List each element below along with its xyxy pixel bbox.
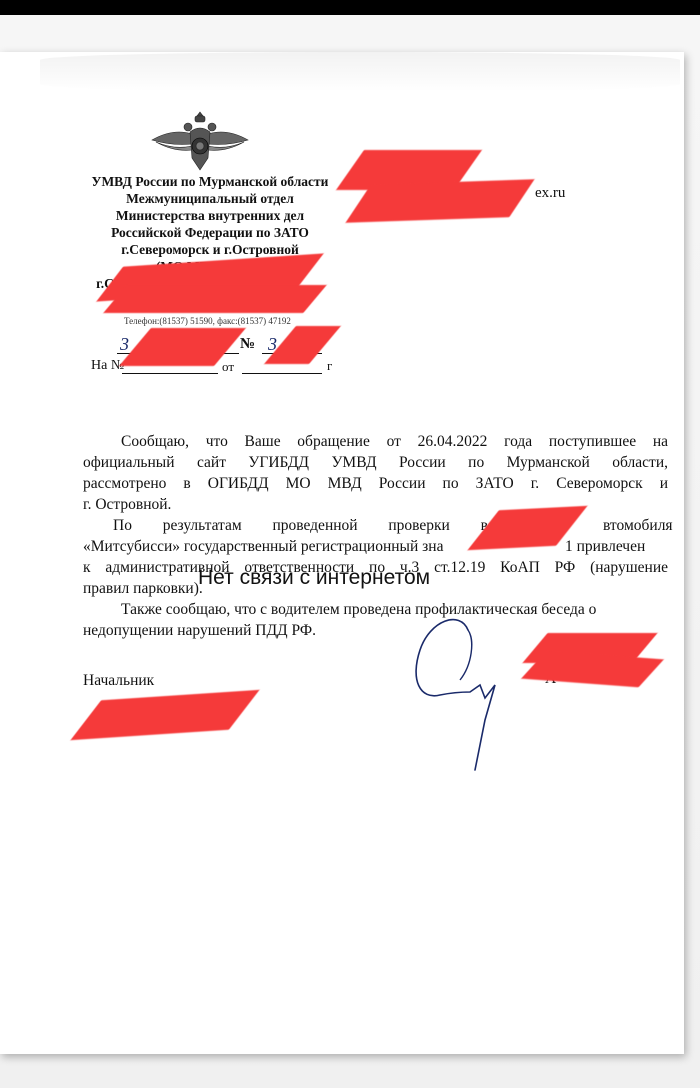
letterhead-line: Российской Федерации по ЗАТО [75, 224, 345, 241]
reply-number-underline [122, 373, 218, 374]
letterhead-line: УМВД России по Мурманской области [75, 173, 345, 190]
reply-date-underline [242, 373, 322, 374]
year-suffix: г [327, 358, 332, 374]
handwritten-signature-icon [400, 610, 520, 780]
body-line: По результатам проведенной проверки вод [83, 515, 503, 536]
reply-from-label: от [222, 359, 234, 375]
letterhead-line: Межмуниципальный отдел [75, 190, 345, 207]
redaction-mark [103, 285, 326, 313]
body-line: Сообщаю, что Ваше обращение от 26.04.202… [83, 431, 668, 452]
outgoing-date-handwritten: 3 [120, 334, 129, 355]
status-bar [0, 0, 700, 15]
body-line: недопущении нарушений ПДД РФ. [83, 620, 316, 641]
addressee-email-fragment: ex.ru [535, 185, 565, 202]
phone-fax-line: Телефон:(81537) 51590, факс:(81537) 4719… [124, 316, 291, 326]
eagle-emblem-icon [148, 110, 252, 174]
body-line: втомобиля [603, 515, 673, 536]
offline-toast: Нет связи с интернетом [198, 566, 430, 590]
redaction-mark [345, 179, 534, 223]
number-label: № [240, 336, 255, 353]
letterhead-line: Министерства внутренних дел [75, 207, 345, 224]
body-line: «Митсубисси» государственный регистрацио… [83, 536, 443, 557]
body-line: рассмотрено в ОГИБДД МО МВД России по ЗА… [83, 473, 668, 494]
page-curl-shadow [40, 52, 680, 92]
body-line: правил парковки). [83, 578, 203, 599]
body-line: официальный сайт УГИБДД УМВД России по М… [83, 452, 668, 473]
reply-to-label: На № [91, 358, 124, 374]
body-line: 1 привлечен [565, 536, 645, 557]
signatory-position: Начальник [83, 670, 154, 691]
